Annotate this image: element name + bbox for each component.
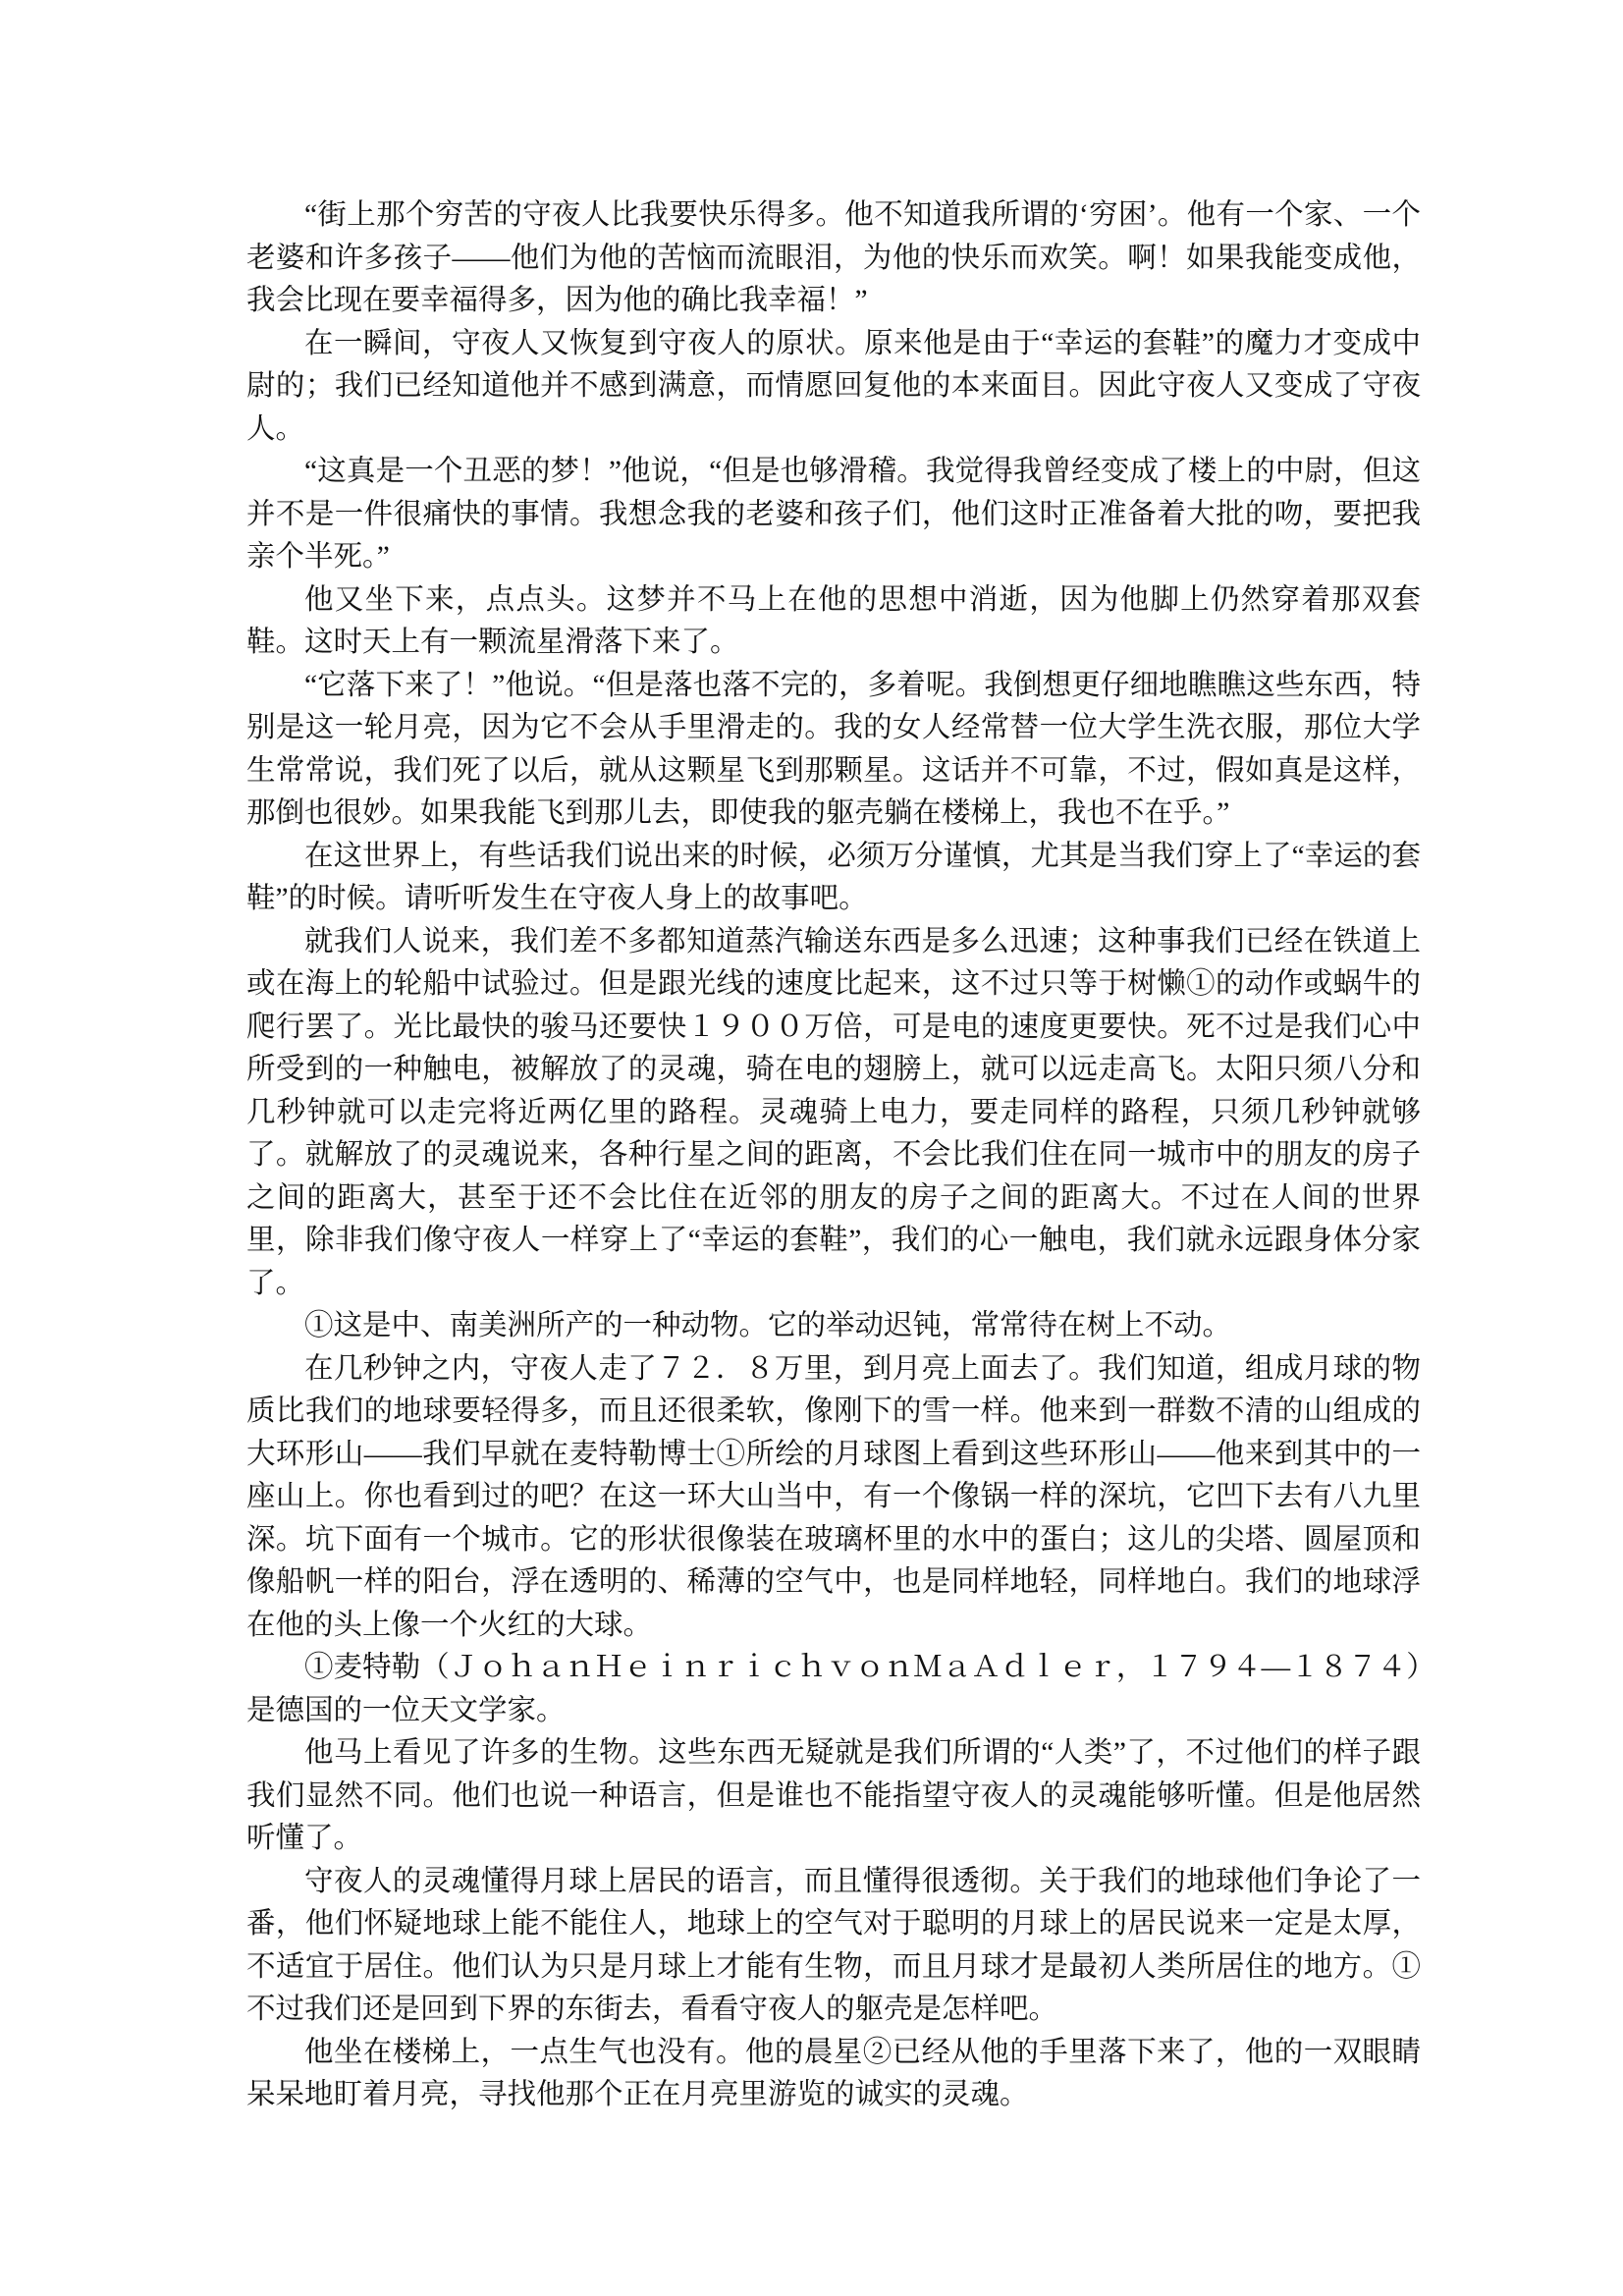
paragraph: 他马上看见了许多的生物。这些东西无疑就是我们所谓的“人类”了，不过他们的样子跟我…: [246, 1732, 1421, 1861]
document-page: “街上那个穷苦的守夜人比我要快乐得多。他不知道我所谓的‘穷困’。他有一个家、一个…: [0, 0, 1623, 2296]
paragraph: 他又坐下来，点点头。这梦并不马上在他的思想中消逝，因为他脚上仍然穿着那双套鞋。这…: [246, 579, 1421, 665]
paragraph: 他坐在楼梯上，一点生气也没有。他的晨星②已经从他的手里落下来了，他的一双眼睛呆呆…: [246, 2032, 1421, 2117]
paragraph: 就我们人说来，我们差不多都知道蒸汽输送东西是多么迅速；这种事我们已经在铁道上或在…: [246, 921, 1421, 1306]
paragraph: “街上那个穷苦的守夜人比我要快乐得多。他不知道我所谓的‘穷困’。他有一个家、一个…: [246, 194, 1421, 323]
paragraph: 守夜人的灵魂懂得月球上居民的语言，而且懂得很透彻。关于我们的地球他们争论了一番，…: [246, 1861, 1421, 2032]
paragraph: “它落下来了！”他说。“但是落也落不完的，多着呢。我倒想更仔细地瞧瞧这些东西，特…: [246, 665, 1421, 836]
text-block: “街上那个穷苦的守夜人比我要快乐得多。他不知道我所谓的‘穷困’。他有一个家、一个…: [246, 194, 1421, 2117]
paragraph: 在这世界上，有些话我们说出来的时候，必须万分谨慎，尤其是当我们穿上了“幸运的套鞋…: [246, 836, 1421, 921]
paragraph: “这真是一个丑恶的梦！”他说，“但是也够滑稽。我觉得我曾经变成了楼上的中尉，但这…: [246, 451, 1421, 579]
paragraph: 在一瞬间，守夜人又恢复到守夜人的原状。原来他是由于“幸运的套鞋”的魔力才变成中尉…: [246, 323, 1421, 452]
paragraph: ①麦特勒（ＪｏｈａｎＨｅｉｎｒｉｃｈｖｏｎＭａＡｄｌｅｒ，１７９４—１８７４）是…: [246, 1647, 1421, 1732]
paragraph: 在几秒钟之内，守夜人走了７２．８万里，到月亮上面去了。我们知道，组成月球的物质比…: [246, 1348, 1421, 1648]
paragraph: ①这是中、南美洲所产的一种动物。它的举动迟钝，常常待在树上不动。: [246, 1305, 1421, 1348]
